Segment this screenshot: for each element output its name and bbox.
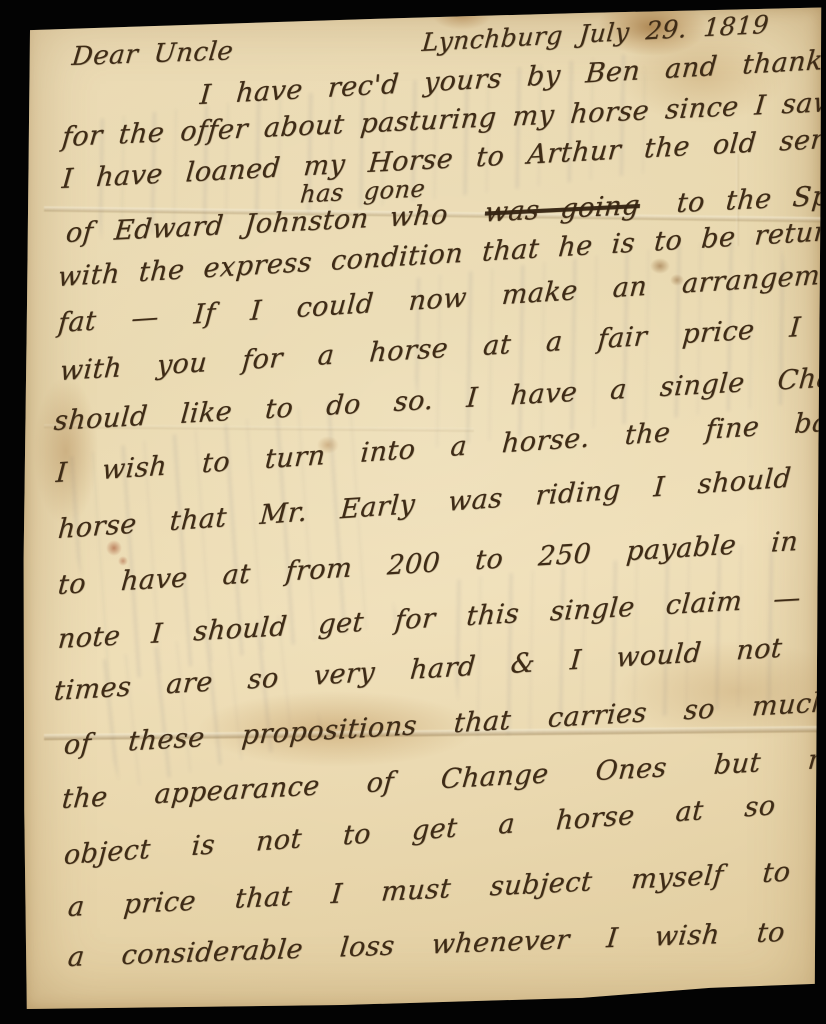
letter-line: a considerable loss whenever I wish to bbox=[66, 917, 786, 973]
letter-line: a price that I must subject myself to bbox=[67, 857, 792, 924]
edit-suffix: to the Springs bbox=[675, 177, 826, 219]
salutation: Dear Uncle bbox=[70, 36, 234, 72]
scan-background: Lynchburg July 29. 1819 Dear Uncle I hav… bbox=[0, 0, 826, 1024]
stain bbox=[118, 556, 128, 566]
letter-page: Lynchburg July 29. 1819 Dear Uncle I hav… bbox=[22, 6, 822, 1012]
stain bbox=[106, 540, 122, 556]
struck-text: was going bbox=[484, 190, 642, 229]
stain bbox=[34, 376, 98, 526]
